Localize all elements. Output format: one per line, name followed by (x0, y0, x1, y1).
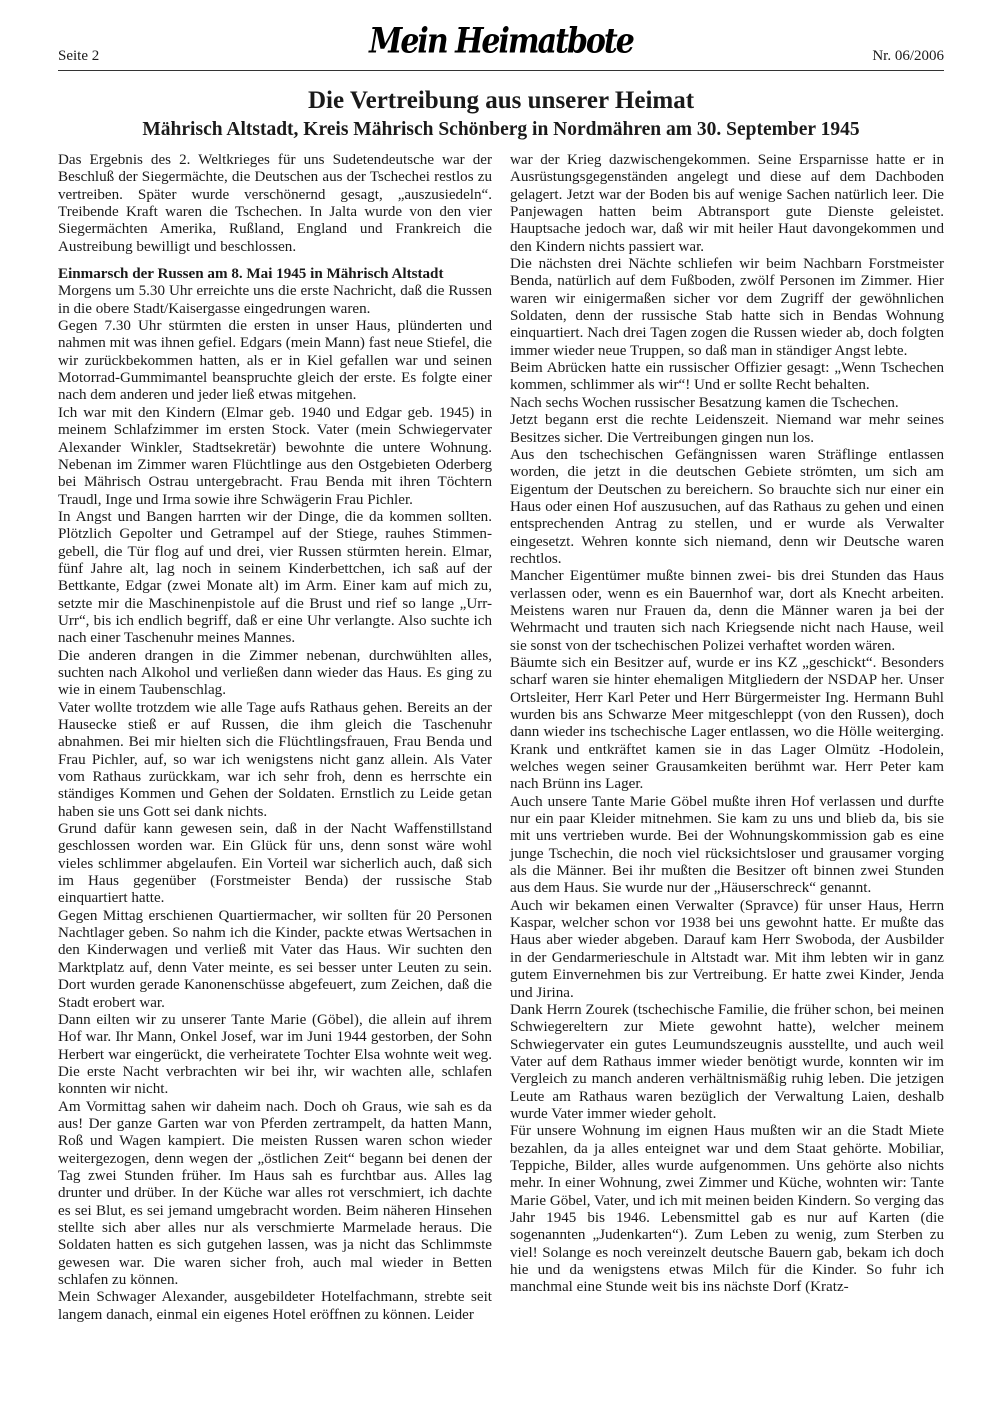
paragraph: Vater wollte trotzdem wie alle Tage aufs… (58, 700, 492, 821)
masthead-logo: Mein Heimatbote (58, 21, 944, 61)
paragraph: Mancher Eigentümer mußte binnen zwei- bi… (510, 568, 944, 655)
paragraph: Beim Abrücken hatte ein russischer Offiz… (510, 360, 944, 395)
article-subtitle: Mährisch Altstadt, Kreis Mährisch Schönb… (58, 119, 944, 141)
paragraph: Jetzt begann erst die rechte Leidenszeit… (510, 412, 944, 447)
paragraph: Nach sechs Wochen russischer Besatzung k… (510, 395, 944, 412)
right-column: war der Krieg dazwischengekommen. Seine … (510, 152, 944, 1324)
paragraph: Ich war mit den Kindern (Elmar geb. 1940… (58, 405, 492, 509)
newspaper-page: Seite 2 Mein Heimatbote Nr. 06/2006 Die … (58, 0, 944, 141)
paragraph: Mein Schwager Alexander, ausgebildeter H… (58, 1289, 492, 1324)
paragraph: Aus den tschechischen Gefängnissen waren… (510, 447, 944, 568)
paragraph: war der Krieg dazwischengekommen. Seine … (510, 152, 944, 256)
paragraph: Dann eilten wir zu unserer Tante Marie (… (58, 1012, 492, 1099)
paragraph: Am Vormittag sahen wir daheim nach. Doch… (58, 1099, 492, 1290)
intro-paragraph: Das Ergebnis des 2. Weltkrieges für uns … (58, 152, 492, 256)
paragraph: Morgens um 5.30 Uhr erreichte uns die er… (58, 283, 492, 318)
paragraph: Gegen Mittag erschienen Quartiermacher, … (58, 908, 492, 1012)
section-heading: Einmarsch der Russen am 8. Mai 1945 in M… (58, 266, 492, 283)
paragraph: Auch unsere Tante Marie Göbel mußte ihre… (510, 794, 944, 898)
paragraph: Die anderen drangen in die Zimmer nebena… (58, 648, 492, 700)
paragraph: Bäumte sich ein Besitzer auf, wurde er i… (510, 655, 944, 794)
paragraph: Die nächsten drei Nächte schliefen wir b… (510, 256, 944, 360)
article-title: Die Vertreibung aus unserer Heimat (58, 87, 944, 115)
paragraph: Auch wir bekamen einen Verwalter (Spravc… (510, 898, 944, 1002)
left-column: Das Ergebnis des 2. Weltkrieges für uns … (58, 152, 492, 1324)
paragraph: Grund dafür kann gewesen sein, daß in de… (58, 821, 492, 908)
article-body: Das Ergebnis des 2. Weltkrieges für uns … (58, 152, 944, 1324)
page-header: Seite 2 Mein Heimatbote Nr. 06/2006 (58, 0, 944, 71)
paragraph: Dank Herrn Zourek (tschechische Familie,… (510, 1002, 944, 1123)
issue-number: Nr. 06/2006 (872, 48, 944, 65)
paragraph: Für unsere Wohnung im eignen Haus mußten… (510, 1123, 944, 1296)
paragraph: In Angst und Bangen harrten wir der Ding… (58, 509, 492, 648)
paragraph: Gegen 7.30 Uhr stürmten die ersten in un… (58, 318, 492, 405)
